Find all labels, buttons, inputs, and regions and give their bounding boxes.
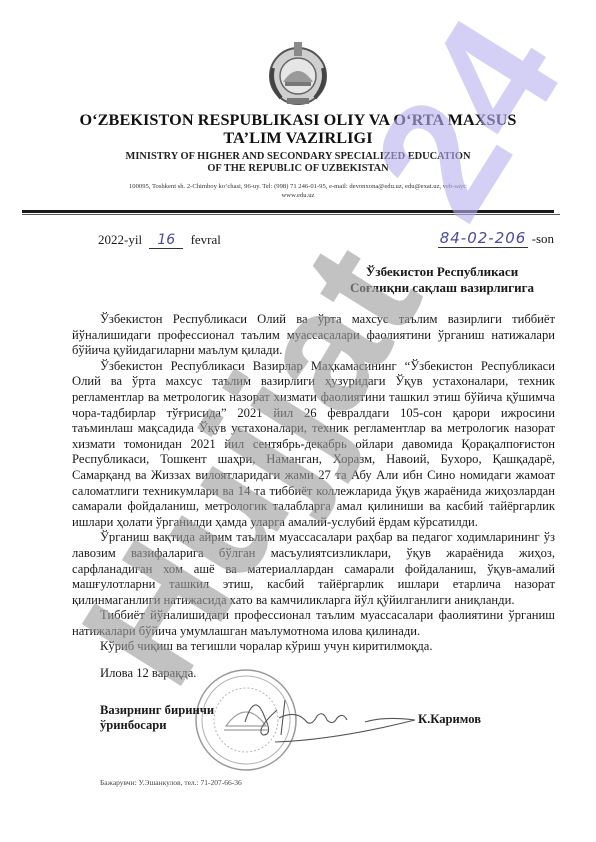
doc-number-handwritten: 84-02-206 xyxy=(438,229,529,248)
letter-body: Ўзбекистон Республикаси Олий ва ўрта мах… xyxy=(72,312,555,655)
signatory-name: К.Каримов xyxy=(418,712,481,727)
month-label: fevral xyxy=(191,232,221,247)
document-date: 2022-yil 16 fevral xyxy=(98,232,221,249)
document-number: 84-02-206 -son xyxy=(438,229,554,248)
org-name-uz-line2: TA’LIM VAZIRLIGI xyxy=(0,129,596,148)
day-handwritten: 16 xyxy=(149,232,183,249)
signatory-title: Вазирнинг биринчи xyxy=(100,703,214,718)
signature-icon xyxy=(215,680,430,750)
letterhead-divider xyxy=(22,210,554,213)
year-label: 2022-yil xyxy=(98,232,142,247)
body-paragraph: Ўзбекистон Республикаси Олий ва ўрта мах… xyxy=(72,312,555,359)
org-name-en-line2: OF THE REPUBLIC OF UZBEKISTAN xyxy=(0,163,596,174)
org-name-en: MINISTRY OF HIGHER AND SECONDARY SPECIAL… xyxy=(0,151,596,162)
org-name-uz: O‘ZBEKISTON RESPUBLIKASI OLIY VA O‘RTA M… xyxy=(0,111,596,130)
executor-info: Бажарувчи: У.Эшанкулов, тел.: 71-207-66-… xyxy=(100,778,242,787)
addressee-line2: Соғлиқни сақлаш вазирлигига xyxy=(332,280,552,296)
letterhead-divider-thin xyxy=(22,214,560,215)
body-paragraph: Ўрганиш вақтида айрим таълим муассасалар… xyxy=(72,530,555,608)
body-paragraph: Тиббиёт йўналишидаги профессионал таълим… xyxy=(72,608,555,639)
attachment-note: Илова 12 варақда. xyxy=(100,666,196,681)
body-paragraph: Кўриб чиқиш ва тегишли чоралар кўриш учу… xyxy=(72,639,555,655)
body-paragraph: Ўзбекистон Республикаси Вазирлар Маҳкама… xyxy=(72,359,555,531)
org-website: www.edu.uz xyxy=(0,192,596,199)
addressee-line1: Ўзбекистон Республикаси xyxy=(332,264,552,280)
signatory-title-line2: ўринбосари xyxy=(100,718,167,733)
doc-number-suffix: -son xyxy=(532,231,554,246)
state-emblem-icon xyxy=(263,38,333,108)
org-address: 100095, Toshkent sh. 2-Chimboy ko‘chasi,… xyxy=(0,183,596,190)
